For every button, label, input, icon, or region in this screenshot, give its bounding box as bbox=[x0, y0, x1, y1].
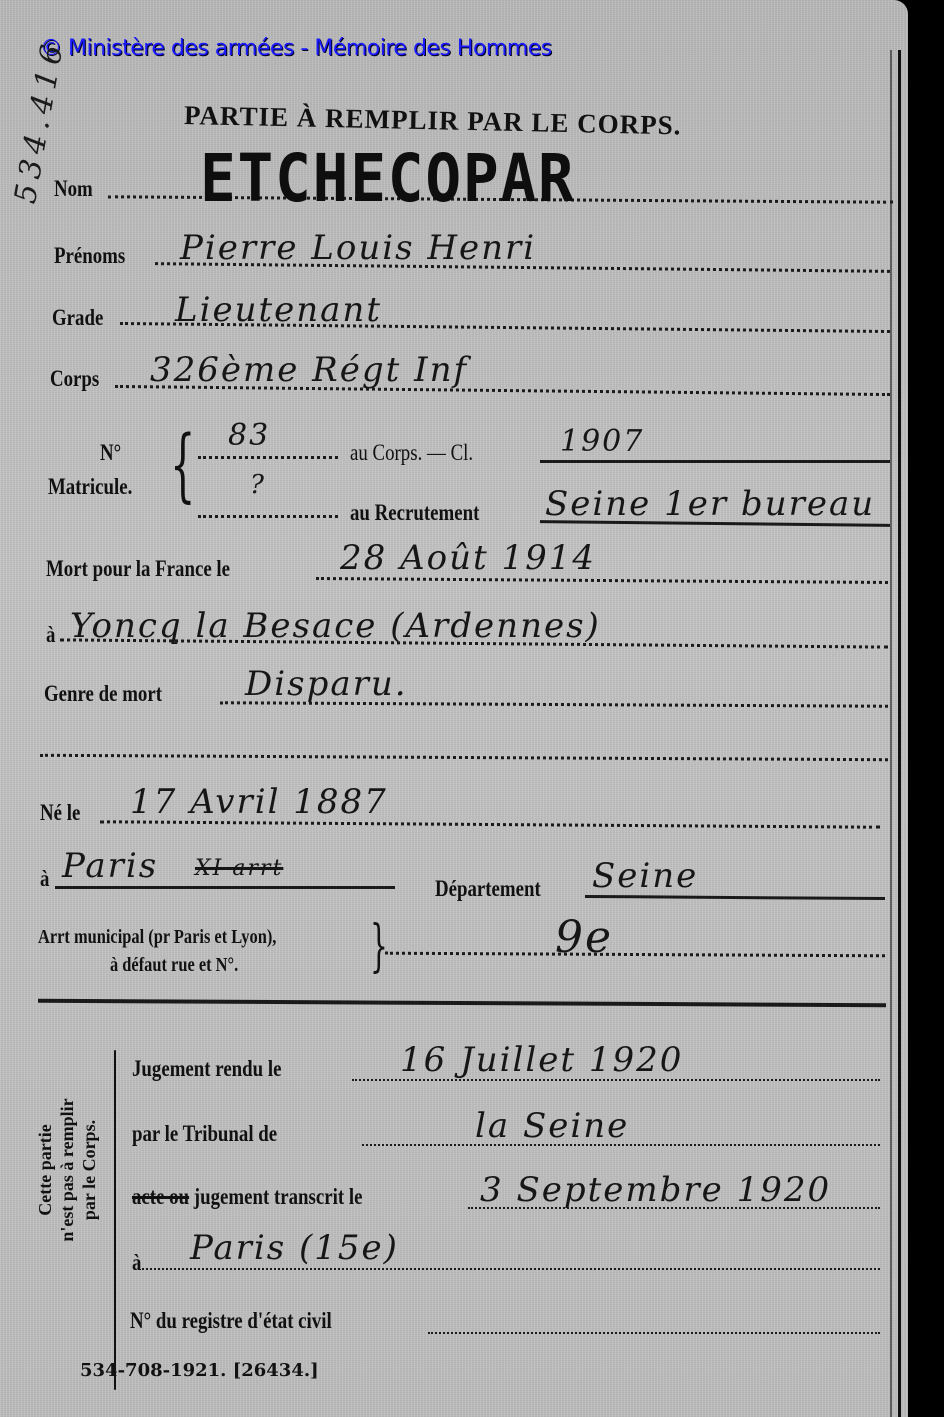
section-divider bbox=[38, 999, 886, 1007]
matricule-corps-label: au Corps. — Cl. bbox=[350, 440, 473, 466]
corps-value: 326ème Régt Inf bbox=[150, 350, 468, 390]
genre-de-mort-value: Disparu. bbox=[245, 664, 408, 704]
blank-line bbox=[40, 754, 888, 761]
departement-value: Seine bbox=[592, 856, 698, 896]
transcrit-a-value: Paris (15e) bbox=[190, 1228, 399, 1268]
ne-a-line bbox=[55, 886, 395, 889]
grade-label: Grade bbox=[52, 305, 103, 331]
transcrit-label: acte ou jugement transcrit le bbox=[132, 1184, 362, 1210]
print-reference: 534-708-1921. [26434.] bbox=[80, 1360, 319, 1381]
jugement-rendu-value: 16 Juillet 1920 bbox=[400, 1040, 683, 1080]
matricule-label-no: N° bbox=[100, 440, 121, 466]
mort-le-label: Mort pour la France le bbox=[46, 556, 230, 582]
jugement-rendu-label: Jugement rendu le bbox=[132, 1056, 281, 1082]
card-edge-line bbox=[890, 50, 892, 1417]
classe-line bbox=[540, 460, 890, 463]
prenoms-label: Prénoms bbox=[54, 243, 125, 269]
ne-a-struck-value: XI arrt bbox=[195, 856, 283, 881]
prenoms-value: Pierre Louis Henri bbox=[180, 228, 536, 268]
nom-value: ETCHECOPAR bbox=[200, 140, 576, 217]
mort-le-value: 28 Août 1914 bbox=[340, 538, 596, 578]
recrutement-number-line bbox=[198, 515, 338, 518]
mort-a-label: à bbox=[46, 622, 55, 648]
side-note-line-3: par le Corps. bbox=[78, 1050, 100, 1290]
genre-de-mort-label: Genre de mort bbox=[44, 681, 162, 707]
arr-municipal-value: 9e bbox=[555, 912, 613, 963]
matricule-corps-line bbox=[198, 456, 338, 459]
transcrit-value: 3 Septembre 1920 bbox=[480, 1170, 831, 1210]
mort-a-value: Yoncq la Besace (Ardennes) bbox=[70, 606, 601, 646]
transcrit-a-label: à bbox=[132, 1250, 141, 1276]
arr-brace: } bbox=[370, 914, 388, 979]
ne-le-label: Né le bbox=[40, 800, 80, 826]
mort-le-line bbox=[316, 577, 888, 584]
matricule-corps-value: 83 bbox=[228, 418, 270, 453]
arr-municipal-label: Arrt municipal (pr Paris et Lyon), bbox=[38, 926, 276, 949]
ne-a-label: à bbox=[40, 866, 49, 892]
arr-municipal-label-2: à défaut rue et N°. bbox=[110, 954, 238, 977]
copyright-watermark: © Ministère des armées - Mémoire des Hom… bbox=[40, 36, 552, 61]
matricule-label: Matricule. bbox=[48, 474, 132, 500]
tribunal-label: par le Tribunal de bbox=[132, 1121, 277, 1147]
departement-label: Département bbox=[435, 876, 541, 902]
death-record-card: © Ministère des armées - Mémoire des Hom… bbox=[0, 0, 908, 1417]
transcrit-label-text: jugement transcrit le bbox=[194, 1184, 363, 1209]
transcrit-a-line bbox=[142, 1268, 880, 1270]
side-note-line-2: n'est pas à remplir bbox=[56, 1050, 78, 1290]
classe-value: 1907 bbox=[560, 424, 644, 459]
tribunal-value: la Seine bbox=[475, 1106, 629, 1146]
registre-line bbox=[428, 1332, 880, 1334]
corps-label: Corps bbox=[50, 366, 99, 392]
recrutement-place-value: Seine 1er bureau bbox=[545, 484, 875, 524]
ne-a-value: Paris bbox=[62, 846, 158, 886]
registre-label: N° du registre d'état civil bbox=[130, 1308, 332, 1334]
grade-value: Lieutenant bbox=[175, 290, 382, 330]
side-note: Cette partie n'est pas à remplir par le … bbox=[34, 1050, 100, 1290]
matricule-brace: { bbox=[170, 418, 195, 511]
form-heading: PARTIE À REMPLIR PAR LE CORPS. bbox=[184, 100, 682, 141]
nom-label: Nom bbox=[54, 176, 93, 202]
jugement-brace bbox=[114, 1050, 116, 1390]
ne-le-value: 17 Avril 1887 bbox=[130, 782, 388, 822]
recrutement-label: au Recrutement bbox=[350, 500, 479, 526]
recrutement-number-value: ? bbox=[250, 470, 266, 500]
card-edge-line bbox=[898, 50, 901, 1417]
arr-municipal-line bbox=[385, 952, 885, 958]
side-note-line-1: Cette partie bbox=[34, 1050, 56, 1290]
acte-ou-struck: acte ou bbox=[132, 1184, 189, 1209]
